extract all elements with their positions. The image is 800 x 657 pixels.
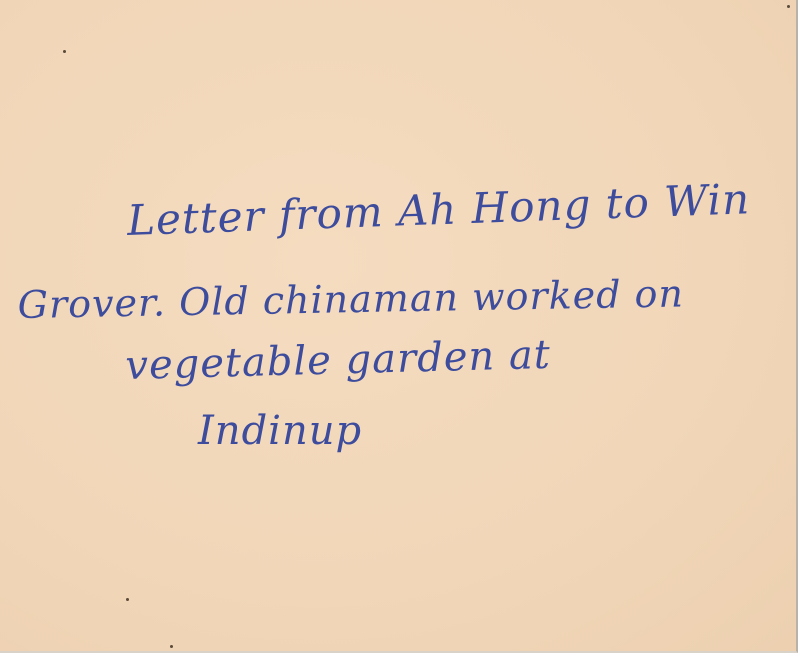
- handwritten-line-2: Grover. Old chinaman worked on: [17, 271, 684, 327]
- paper-speck: [787, 5, 790, 8]
- handwritten-line-1: Letter from Ah Hong to Win: [126, 174, 751, 245]
- paper-speck: [126, 598, 129, 601]
- paper-speck: [63, 50, 66, 53]
- handwritten-line-4: Indinup: [198, 408, 362, 454]
- paper-sheet: Letter from Ah Hong to Win Grover. Old c…: [0, 0, 798, 653]
- paper-speck: [170, 645, 173, 648]
- handwritten-line-3: vegetable garden at: [125, 332, 552, 389]
